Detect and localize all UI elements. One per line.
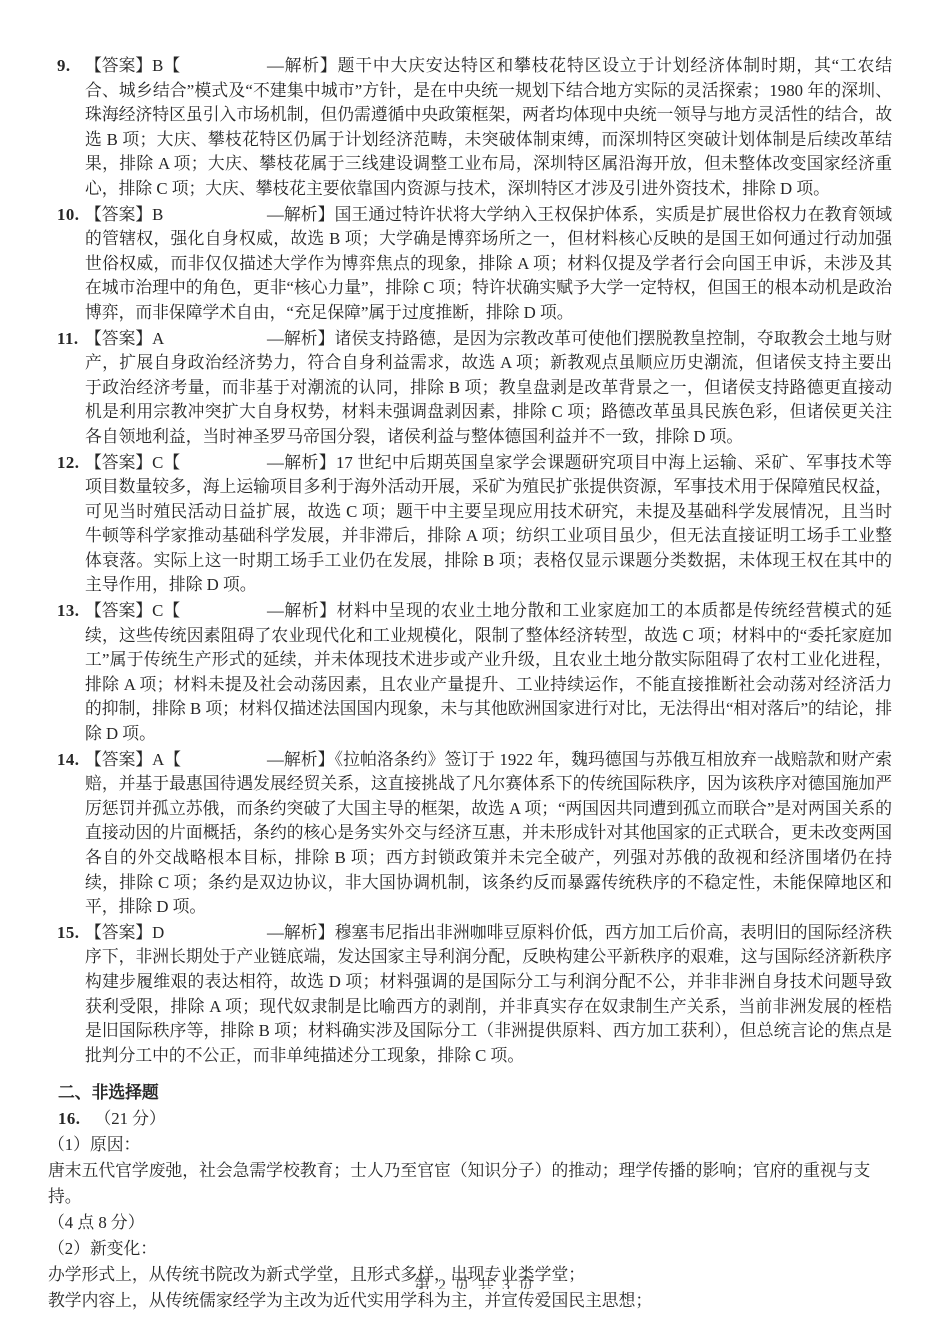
answer-line: （1）原因：	[48, 1132, 892, 1158]
answer-item-10: 10. 【答案】B—解析】国王通过特许状将大学纳入王权保护体系，实质是扩展世俗权…	[85, 203, 892, 326]
answer-body: 【答案】D—解析】穆塞韦尼指出非洲咖啡豆原料价低，西方加工后价高，表明旧的国际经…	[85, 921, 892, 1069]
answer-body: 【答案】B【—解析】题干中大庆安达特区和攀枝花特区设立于计划经济体制时期，其“工…	[85, 54, 892, 202]
section-heading: 二、非选择题	[58, 1080, 892, 1106]
analysis-label: —解析】	[267, 329, 335, 348]
question-number: 12.	[57, 451, 79, 476]
multiple-choice-answers-section: 9. 【答案】B【—解析】题干中大庆安达特区和攀枝花特区设立于计划经济体制时期，…	[0, 0, 950, 1068]
answer-label: 【答案】D	[85, 921, 267, 946]
answer-item-12: 12. 【答案】C【—解析】17 世纪中后期英国皇家学会课题研究项目中海上运输、…	[85, 451, 892, 599]
question-number: 9.	[57, 54, 71, 79]
question-number: 15.	[57, 921, 79, 946]
answer-label: 【答案】B	[85, 203, 267, 228]
answer-body: 【答案】A—解析】诸侯支持路德，是因为宗教改革可使他们摆脱教皇控制，夺取教会土地…	[85, 327, 892, 450]
answer-line: 教学内容上，从传统儒家经学为主改为近代实用学科为主，并宣传爱国民主思想；	[48, 1288, 892, 1314]
document-page: 9. 【答案】B【—解析】题干中大庆安达特区和攀枝花特区设立于计划经济体制时期，…	[0, 0, 950, 1344]
analysis-text: 《拉帕洛条约》签订于 1922 年，魏玛德国与苏俄互相放弃一战赔款和财产索赔，并…	[85, 750, 892, 917]
answer-item-14: 14. 【答案】A【—解析】《拉帕洛条约》签订于 1922 年，魏玛德国与苏俄互…	[85, 748, 892, 920]
question-16-header: 16.（21 分）	[58, 1106, 892, 1132]
page-number-text: 第 2 页 共 3 页	[414, 1277, 536, 1289]
answer-item-9: 9. 【答案】B【—解析】题干中大庆安达特区和攀枝花特区设立于计划经济体制时期，…	[85, 54, 892, 202]
question-number: 14.	[57, 748, 79, 773]
analysis-label: —解析】	[267, 56, 338, 75]
page-footer: 第 2 页 共 3 页	[0, 1277, 950, 1289]
answer-line: （2）新变化：	[48, 1236, 892, 1262]
analysis-label: —解析】	[267, 453, 336, 472]
answer-label: 【答案】A【	[85, 748, 267, 773]
analysis-label: —解析】	[267, 923, 335, 942]
answer-line: （4 点 8 分）	[48, 1210, 892, 1236]
answer-label: 【答案】C【	[85, 599, 267, 624]
answer-body: 【答案】C【—解析】17 世纪中后期英国皇家学会课题研究项目中海上运输、采矿、军…	[85, 451, 892, 599]
answer-body: 【答案】C【—解析】材料中呈现的农业土地分散和工业家庭加工的本质都是传统经营模式…	[85, 599, 892, 747]
answer-item-15: 15. 【答案】D—解析】穆塞韦尼指出非洲咖啡豆原料价低，西方加工后价高，表明旧…	[85, 921, 892, 1069]
answer-label: 【答案】A	[85, 327, 267, 352]
answer-body: 【答案】B—解析】国王通过特许状将大学纳入王权保护体系，实质是扩展世俗权力在教育…	[85, 203, 892, 326]
answer-line: 唐末五代官学废弛，社会急需学校教育；士人乃至官宦（知识分子）的推动；理学传播的影…	[48, 1158, 892, 1210]
question-score: （21 分）	[94, 1109, 165, 1128]
answer-body: 【答案】A【—解析】《拉帕洛条约》签订于 1922 年，魏玛德国与苏俄互相放弃一…	[85, 748, 892, 920]
analysis-label: —解析】	[267, 601, 337, 620]
question-number: 10.	[57, 203, 79, 228]
analysis-label: —解析】	[267, 205, 335, 224]
answer-label: 【答案】B【	[85, 54, 267, 79]
question-number: 11.	[57, 327, 79, 352]
answer-label: 【答案】C【	[85, 451, 267, 476]
question-number: 16.	[58, 1109, 80, 1128]
analysis-label: —解析】	[267, 750, 335, 769]
answer-item-13: 13. 【答案】C【—解析】材料中呈现的农业土地分散和工业家庭加工的本质都是传统…	[85, 599, 892, 747]
question-number: 13.	[57, 599, 79, 624]
answer-item-11: 11. 【答案】A—解析】诸侯支持路德，是因为宗教改革可使他们摆脱教皇控制，夺取…	[85, 327, 892, 450]
